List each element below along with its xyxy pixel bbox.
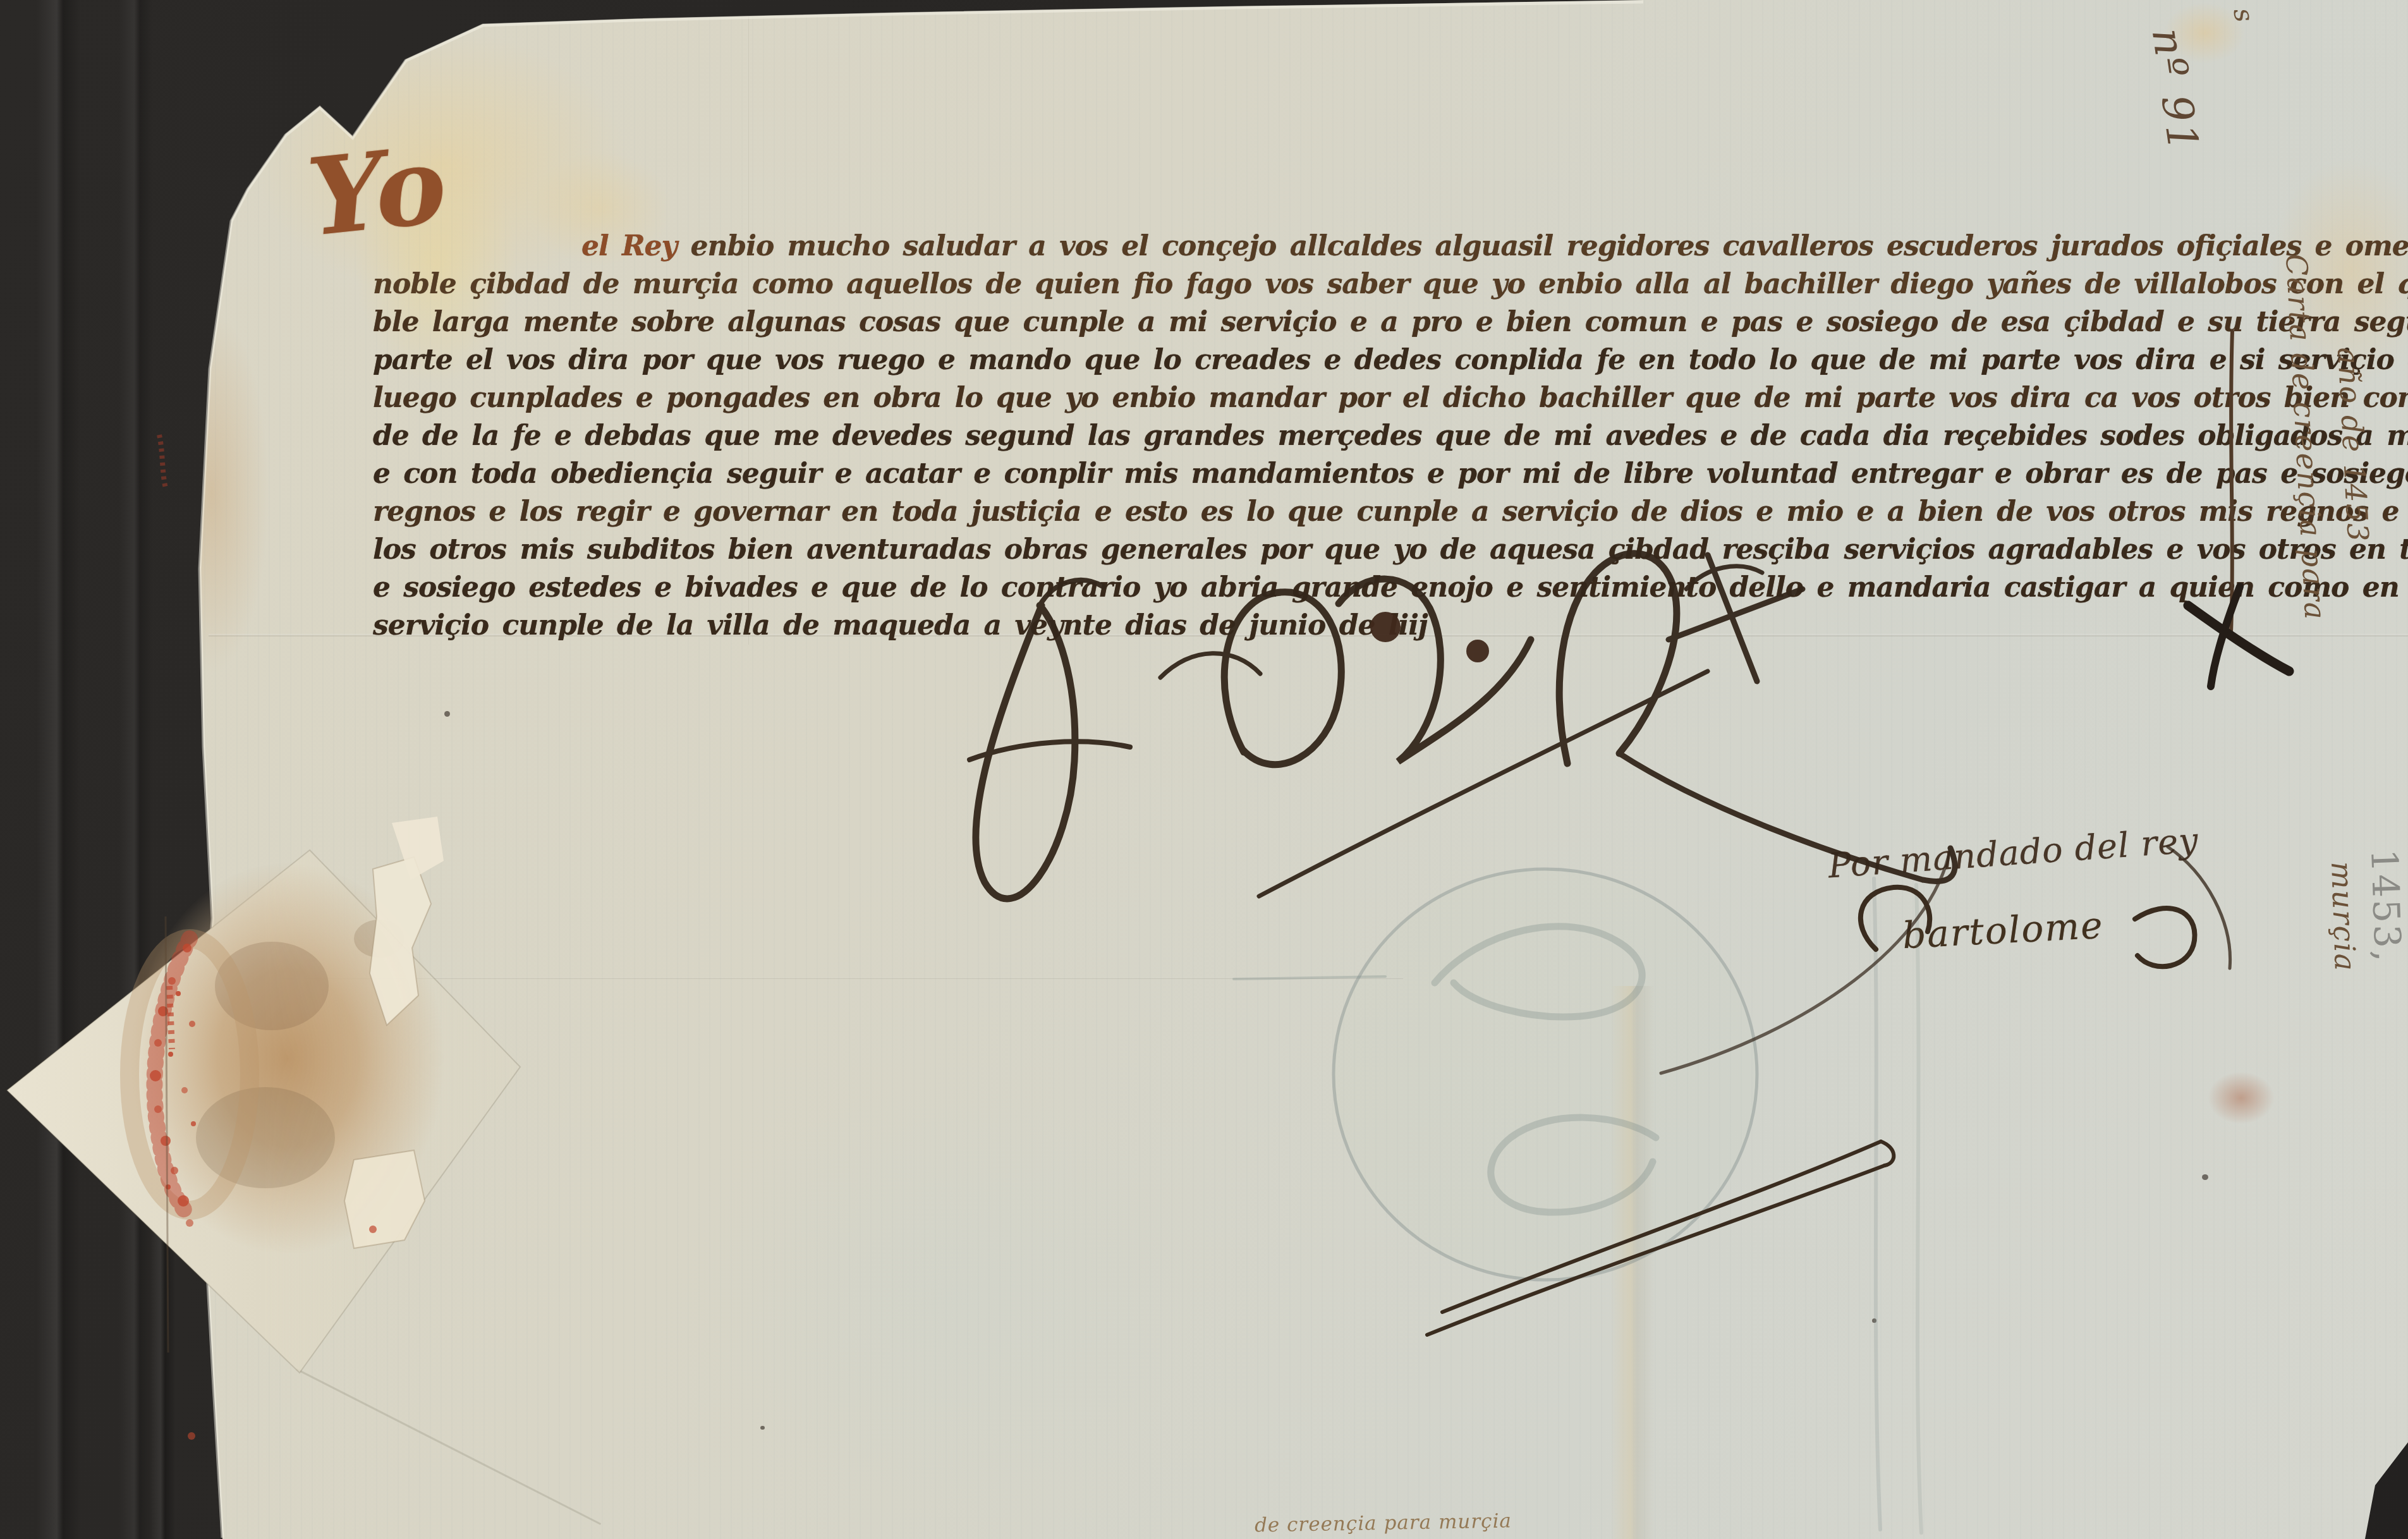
text-line-8: regnos e los regir e governar en toda ju… (373, 493, 2108, 531)
manuscript-text-block: el Rey enbio mucho saludar a vos el conç… (373, 228, 2108, 645)
ink-speck (760, 1426, 765, 1430)
backdrop-fold-line (150, 1087, 176, 1539)
margin-archival-number: nº 91 (2143, 25, 2208, 156)
margin-pencil-year: 1453, (2362, 848, 2408, 964)
diagonal-crease (296, 1368, 602, 1525)
ink-speck (1872, 1318, 1876, 1323)
manuscript-sheet: Yo el Rey enbio mucho saludar a vos el c… (0, 0, 2408, 1539)
ink-speck (2202, 1174, 2208, 1180)
text-line-4: parte el vos dira por que vos ruego e ma… (373, 341, 2108, 379)
text-line-3: ble larga mente sobre algunas cosas que … (373, 303, 2108, 341)
text-line-11-dating-clause: serviçio cunple de la villa de maqueda a… (373, 607, 1782, 645)
text-line-10: e sosiego estedes e bivades e que de lo … (373, 569, 2108, 607)
margin-note-murcia: murçia (2325, 861, 2362, 973)
red-ink-words: el Rey (581, 230, 677, 262)
text-line-2: noble çibdad de murçia como aquellos de … (373, 265, 2108, 303)
horizontal-fold-crease (272, 977, 1403, 979)
text-line-1: el Rey enbio mucho saludar a vos el conç… (373, 228, 2108, 265)
ink-speck (444, 711, 450, 717)
secretary-note-por-mandado: Por mandado del rey (1827, 820, 2200, 886)
text-line-5: luego cunplades e pongades en obra lo qu… (373, 379, 2108, 417)
red-wax-crescent (154, 939, 190, 1210)
backdrop-fold-line (37, 0, 81, 1539)
text-line-6: de de la fe e debdas que me devedes segu… (373, 417, 2108, 455)
margin-mark-s: s (2227, 5, 2260, 25)
diamond-crease-line (166, 916, 168, 1353)
photograph-of-manuscript: Yo el Rey enbio mucho saludar a vos el c… (0, 0, 2408, 1539)
secretary-signature-bartolome: bartolome (1901, 904, 2105, 958)
backdrop-fold-line (119, 0, 153, 1539)
text-line-9: los otros mis subditos bien aventuradas … (373, 531, 2108, 569)
text-line-1-rest: enbio mucho saludar a vos el conçejo all… (690, 230, 2408, 262)
text-line-7: e con toda obediençia seguir e acatar e … (373, 455, 2108, 493)
red-edge-streak (159, 435, 166, 488)
bottom-docket-text: de creençia para murçia (1255, 1509, 1512, 1536)
vertical-fold-stain (1610, 986, 1655, 1539)
